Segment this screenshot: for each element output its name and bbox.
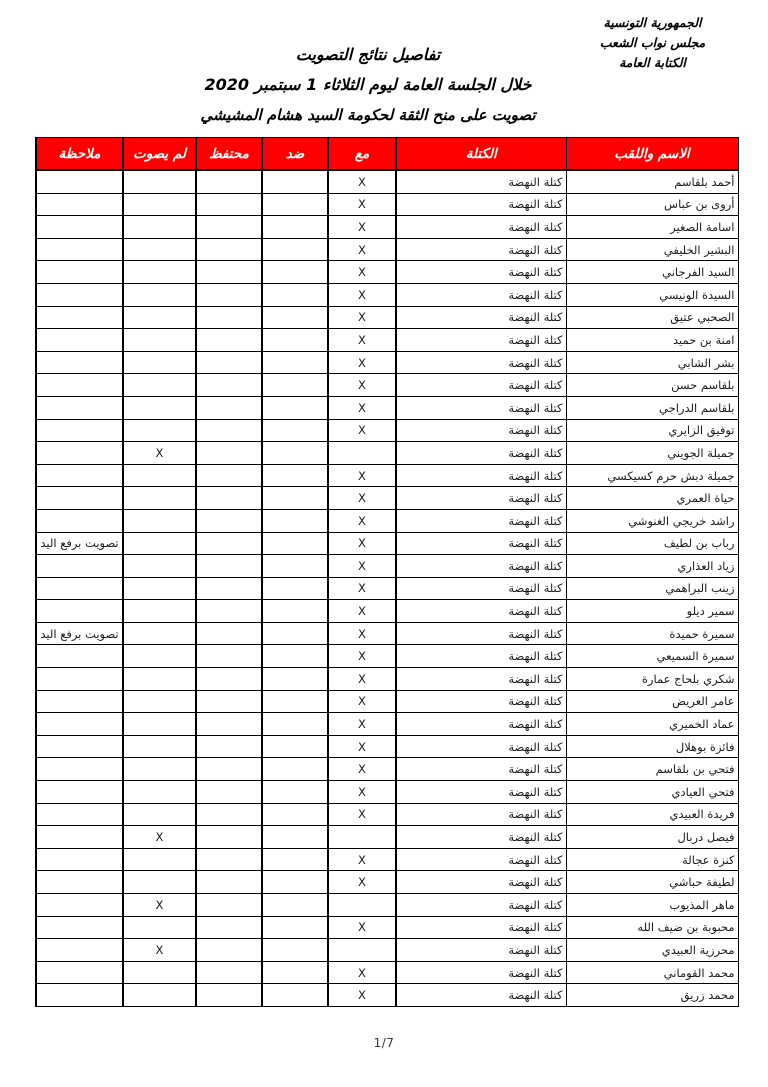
vote-abstain-cell — [196, 577, 262, 600]
vote-against-cell — [262, 758, 328, 781]
vote-no-vote-cell — [123, 577, 196, 600]
vote-no-vote-cell — [123, 170, 196, 193]
vote-against-cell — [262, 170, 328, 193]
member-name-cell: بلقاسم حسن — [566, 374, 738, 397]
note-cell — [36, 826, 123, 849]
vote-no-vote-cell — [123, 193, 196, 216]
vote-against-cell — [262, 555, 328, 578]
page-number: 1/7 — [0, 1036, 768, 1050]
vote-no-vote-cell: X — [123, 894, 196, 917]
vote-no-vote-cell — [123, 283, 196, 306]
vote-abstain-cell — [196, 781, 262, 804]
vote-abstain-cell — [196, 283, 262, 306]
note-cell — [36, 735, 123, 758]
table-row: عماد الخميريكتلة النهضةX — [36, 713, 738, 736]
vote-abstain-cell — [196, 193, 262, 216]
member-name-cell: السيد الفرجاني — [566, 261, 738, 284]
note-cell — [36, 419, 123, 442]
vote-against-cell — [262, 961, 328, 984]
vote-abstain-cell — [196, 600, 262, 623]
member-name-cell: سميرة حميدة — [566, 622, 738, 645]
table-row: فريدة العبيديكتلة النهضةX — [36, 803, 738, 826]
member-name-cell: الصحبي عتيق — [566, 306, 738, 329]
note-cell — [36, 487, 123, 510]
bloc-cell: كتلة النهضة — [396, 351, 566, 374]
vote-against-cell — [262, 464, 328, 487]
vote-for-cell: X — [328, 306, 396, 329]
vote-no-vote-cell — [123, 464, 196, 487]
vote-for-cell: X — [328, 283, 396, 306]
bloc-cell: كتلة النهضة — [396, 758, 566, 781]
vote-no-vote-cell: X — [123, 826, 196, 849]
vote-abstain-cell — [196, 170, 262, 193]
bloc-cell: كتلة النهضة — [396, 238, 566, 261]
note-cell — [36, 396, 123, 419]
vote-for-cell: X — [328, 848, 396, 871]
table-row: سميرة السميعيكتلة النهضةX — [36, 645, 738, 668]
note-cell — [36, 645, 123, 668]
vote-no-vote-cell — [123, 735, 196, 758]
vote-for-cell: X — [328, 871, 396, 894]
vote-against-cell — [262, 645, 328, 668]
note-cell — [36, 939, 123, 962]
member-name-cell: محبوبة بن ضيف الله — [566, 916, 738, 939]
bloc-cell: كتلة النهضة — [396, 984, 566, 1007]
member-name-cell: فيصل دربال — [566, 826, 738, 849]
vote-no-vote-cell — [123, 374, 196, 397]
member-name-cell: محمد زريق — [566, 984, 738, 1007]
note-cell: تصويت برفع اليد — [36, 622, 123, 645]
vote-for-cell: X — [328, 170, 396, 193]
vote-for-cell: X — [328, 238, 396, 261]
vote-abstain-cell — [196, 374, 262, 397]
bloc-cell: كتلة النهضة — [396, 668, 566, 691]
bloc-cell: كتلة النهضة — [396, 916, 566, 939]
vote-no-vote-cell — [123, 781, 196, 804]
vote-no-vote-cell — [123, 532, 196, 555]
vote-for-cell — [328, 826, 396, 849]
table-row: فتحي بن بلقاسمكتلة النهضةX — [36, 758, 738, 781]
vote-for-cell: X — [328, 645, 396, 668]
member-name-cell: فتحي بن بلقاسم — [566, 758, 738, 781]
vote-for-cell: X — [328, 216, 396, 239]
vote-no-vote-cell: X — [123, 939, 196, 962]
member-name-cell: كنزة عجالة — [566, 848, 738, 871]
table-row: توفيق الزايريكتلة النهضةX — [36, 419, 738, 442]
bloc-cell: كتلة النهضة — [396, 961, 566, 984]
bloc-cell: كتلة النهضة — [396, 848, 566, 871]
vote-against-cell — [262, 916, 328, 939]
bloc-cell: كتلة النهضة — [396, 781, 566, 804]
note-cell — [36, 916, 123, 939]
column-header-for: مع — [328, 138, 396, 171]
vote-for-cell: X — [328, 984, 396, 1007]
vote-for-cell: X — [328, 396, 396, 419]
bloc-cell: كتلة النهضة — [396, 170, 566, 193]
note-cell — [36, 600, 123, 623]
member-name-cell: البشير الخليفي — [566, 238, 738, 261]
member-name-cell: اسامة الصغير — [566, 216, 738, 239]
vote-against-cell — [262, 283, 328, 306]
voting-results-table-wrap: الاسم واللقب الكتلة مع ضد محتفظ لم يصوت … — [35, 137, 739, 1007]
vote-for-cell — [328, 442, 396, 465]
vote-for-cell: X — [328, 781, 396, 804]
vote-for-cell: X — [328, 261, 396, 284]
vote-against-cell — [262, 419, 328, 442]
document-title-block: تفاصيل نتائج التصويت خلال الجلسة العامة … — [128, 40, 608, 130]
note-cell — [36, 871, 123, 894]
table-row: محمد القومانيكتلة النهضةX — [36, 961, 738, 984]
table-row: لطيفة حباشيكتلة النهضةX — [36, 871, 738, 894]
vote-abstain-cell — [196, 396, 262, 419]
table-row: محمد زريقكتلة النهضةX — [36, 984, 738, 1007]
note-cell — [36, 758, 123, 781]
table-row: سمير ديلوكتلة النهضةX — [36, 600, 738, 623]
member-name-cell: زينب البراهمي — [566, 577, 738, 600]
vote-against-cell — [262, 374, 328, 397]
vote-no-vote-cell — [123, 396, 196, 419]
member-name-cell: ماهر المذيوب — [566, 894, 738, 917]
table-row: كنزة عجالةكتلة النهضةX — [36, 848, 738, 871]
note-cell — [36, 577, 123, 600]
note-cell — [36, 329, 123, 352]
note-cell — [36, 442, 123, 465]
vote-no-vote-cell — [123, 306, 196, 329]
table-row: الصحبي عتيقكتلة النهضةX — [36, 306, 738, 329]
vote-against-cell — [262, 216, 328, 239]
vote-abstain-cell — [196, 622, 262, 645]
note-cell — [36, 848, 123, 871]
vote-for-cell: X — [328, 374, 396, 397]
member-name-cell: رباب بن لطيف — [566, 532, 738, 555]
vote-for-cell: X — [328, 600, 396, 623]
vote-no-vote-cell — [123, 848, 196, 871]
vote-abstain-cell — [196, 238, 262, 261]
note-cell — [36, 984, 123, 1007]
vote-abstain-cell — [196, 894, 262, 917]
vote-abstain-cell — [196, 329, 262, 352]
member-name-cell: امنة بن حميد — [566, 329, 738, 352]
vote-no-vote-cell: X — [123, 442, 196, 465]
bloc-cell: كتلة النهضة — [396, 419, 566, 442]
vote-abstain-cell — [196, 487, 262, 510]
vote-no-vote-cell — [123, 487, 196, 510]
bloc-cell: كتلة النهضة — [396, 645, 566, 668]
vote-abstain-cell — [196, 216, 262, 239]
table-row: بلقاسم الدراجيكتلة النهضةX — [36, 396, 738, 419]
bloc-cell: كتلة النهضة — [396, 894, 566, 917]
vote-abstain-cell — [196, 509, 262, 532]
vote-for-cell: X — [328, 351, 396, 374]
vote-for-cell: X — [328, 329, 396, 352]
note-cell — [36, 464, 123, 487]
vote-no-vote-cell — [123, 216, 196, 239]
bloc-cell: كتلة النهضة — [396, 261, 566, 284]
vote-no-vote-cell — [123, 713, 196, 736]
vote-against-cell — [262, 238, 328, 261]
table-row: سميرة حميدةكتلة النهضةXتصويت برفع اليد — [36, 622, 738, 645]
vote-for-cell: X — [328, 464, 396, 487]
vote-against-cell — [262, 735, 328, 758]
vote-against-cell — [262, 306, 328, 329]
bloc-cell: كتلة النهضة — [396, 622, 566, 645]
vote-no-vote-cell — [123, 758, 196, 781]
table-row: جميلة الجوينيكتلة النهضةX — [36, 442, 738, 465]
member-name-cell: راشد خريجي الغنوشي — [566, 509, 738, 532]
member-name-cell: فائزة بوهلال — [566, 735, 738, 758]
vote-abstain-cell — [196, 690, 262, 713]
column-header-bloc: الكتلة — [396, 138, 566, 171]
table-row: بشر الشابيكتلة النهضةX — [36, 351, 738, 374]
vote-abstain-cell — [196, 555, 262, 578]
note-cell — [36, 894, 123, 917]
note-cell — [36, 509, 123, 532]
vote-abstain-cell — [196, 532, 262, 555]
member-name-cell: شكري بلحاج عمارة — [566, 668, 738, 691]
vote-abstain-cell — [196, 871, 262, 894]
vote-for-cell: X — [328, 577, 396, 600]
vote-no-vote-cell — [123, 984, 196, 1007]
member-name-cell: لطيفة حباشي — [566, 871, 738, 894]
member-name-cell: جميلة الجويني — [566, 442, 738, 465]
vote-against-cell — [262, 781, 328, 804]
table-row: أحمد بلقاسمكتلة النهضةX — [36, 170, 738, 193]
vote-for-cell: X — [328, 622, 396, 645]
vote-abstain-cell — [196, 961, 262, 984]
vote-abstain-cell — [196, 848, 262, 871]
vote-against-cell — [262, 622, 328, 645]
vote-abstain-cell — [196, 419, 262, 442]
vote-abstain-cell — [196, 826, 262, 849]
table-row: شكري بلحاج عمارةكتلة النهضةX — [36, 668, 738, 691]
vote-for-cell — [328, 939, 396, 962]
bloc-cell: كتلة النهضة — [396, 306, 566, 329]
vote-abstain-cell — [196, 984, 262, 1007]
column-header-note: ملاحظة — [36, 138, 123, 171]
vote-against-cell — [262, 532, 328, 555]
table-row: فتحي العياديكتلة النهضةX — [36, 781, 738, 804]
bloc-cell: كتلة النهضة — [396, 600, 566, 623]
column-header-abstain: محتفظ — [196, 138, 262, 171]
title-line-3: تصويت على منح الثقة لحكومة السيد هشام ال… — [128, 100, 608, 130]
table-row: اسامة الصغيركتلة النهضةX — [36, 216, 738, 239]
vote-no-vote-cell — [123, 622, 196, 645]
bloc-cell: كتلة النهضة — [396, 555, 566, 578]
vote-no-vote-cell — [123, 261, 196, 284]
bloc-cell: كتلة النهضة — [396, 509, 566, 532]
bloc-cell: كتلة النهضة — [396, 193, 566, 216]
vote-against-cell — [262, 577, 328, 600]
title-line-2: خلال الجلسة العامة ليوم الثلاثاء 1 سبتمب… — [128, 70, 608, 100]
vote-against-cell — [262, 803, 328, 826]
member-name-cell: عامر العريض — [566, 690, 738, 713]
table-row: راشد خريجي الغنوشيكتلة النهضةX — [36, 509, 738, 532]
vote-no-vote-cell — [123, 238, 196, 261]
vote-abstain-cell — [196, 645, 262, 668]
note-cell — [36, 690, 123, 713]
note-cell — [36, 803, 123, 826]
table-row: السيدة الونيسيكتلة النهضةX — [36, 283, 738, 306]
table-row: حياة العمريكتلة النهضةX — [36, 487, 738, 510]
member-name-cell: فريدة العبيدي — [566, 803, 738, 826]
vote-against-cell — [262, 848, 328, 871]
vote-no-vote-cell — [123, 871, 196, 894]
member-name-cell: محرزية العبيدي — [566, 939, 738, 962]
member-name-cell: بلقاسم الدراجي — [566, 396, 738, 419]
member-name-cell: جميلة دبش حرم كسيكسي — [566, 464, 738, 487]
note-cell — [36, 351, 123, 374]
vote-against-cell — [262, 826, 328, 849]
vote-for-cell: X — [328, 193, 396, 216]
vote-for-cell: X — [328, 532, 396, 555]
vote-for-cell: X — [328, 555, 396, 578]
table-header-row: الاسم واللقب الكتلة مع ضد محتفظ لم يصوت … — [36, 138, 738, 171]
vote-for-cell: X — [328, 713, 396, 736]
column-header-against: ضد — [262, 138, 328, 171]
note-cell — [36, 261, 123, 284]
table-row: فيصل دربالكتلة النهضةX — [36, 826, 738, 849]
bloc-cell: كتلة النهضة — [396, 713, 566, 736]
table-row: رباب بن لطيفكتلة النهضةXتصويت برفع اليد — [36, 532, 738, 555]
vote-abstain-cell — [196, 442, 262, 465]
bloc-cell: كتلة النهضة — [396, 577, 566, 600]
vote-no-vote-cell — [123, 555, 196, 578]
vote-against-cell — [262, 713, 328, 736]
vote-abstain-cell — [196, 464, 262, 487]
table-row: محبوبة بن ضيف اللهكتلة النهضةX — [36, 916, 738, 939]
vote-against-cell — [262, 668, 328, 691]
bloc-cell: كتلة النهضة — [396, 690, 566, 713]
member-name-cell: محمد القوماني — [566, 961, 738, 984]
vote-no-vote-cell — [123, 916, 196, 939]
note-cell — [36, 961, 123, 984]
vote-against-cell — [262, 690, 328, 713]
vote-against-cell — [262, 600, 328, 623]
member-name-cell: فتحي العيادي — [566, 781, 738, 804]
bloc-cell: كتلة النهضة — [396, 803, 566, 826]
note-cell — [36, 781, 123, 804]
note-cell — [36, 238, 123, 261]
vote-abstain-cell — [196, 803, 262, 826]
note-cell: تصويت برفع اليد — [36, 532, 123, 555]
member-name-cell: بشر الشابي — [566, 351, 738, 374]
member-name-cell: أروى بن عباس — [566, 193, 738, 216]
vote-for-cell: X — [328, 961, 396, 984]
vote-no-vote-cell — [123, 329, 196, 352]
member-name-cell: سميرة السميعي — [566, 645, 738, 668]
vote-against-cell — [262, 984, 328, 1007]
bloc-cell: كتلة النهضة — [396, 442, 566, 465]
vote-abstain-cell — [196, 668, 262, 691]
vote-abstain-cell — [196, 939, 262, 962]
vote-abstain-cell — [196, 261, 262, 284]
vote-for-cell: X — [328, 690, 396, 713]
letterhead-line-republic: الجمهورية التونسية — [545, 13, 760, 33]
vote-no-vote-cell — [123, 690, 196, 713]
vote-for-cell: X — [328, 735, 396, 758]
note-cell — [36, 374, 123, 397]
title-line-1: تفاصيل نتائج التصويت — [128, 40, 608, 70]
note-cell — [36, 306, 123, 329]
member-name-cell: زياد العذاري — [566, 555, 738, 578]
note-cell — [36, 193, 123, 216]
vote-no-vote-cell — [123, 668, 196, 691]
bloc-cell: كتلة النهضة — [396, 826, 566, 849]
vote-no-vote-cell — [123, 803, 196, 826]
vote-no-vote-cell — [123, 600, 196, 623]
table-row: أروى بن عباسكتلة النهضةX — [36, 193, 738, 216]
vote-against-cell — [262, 487, 328, 510]
table-row: السيد الفرجانيكتلة النهضةX — [36, 261, 738, 284]
table-row: زينب البراهميكتلة النهضةX — [36, 577, 738, 600]
vote-abstain-cell — [196, 916, 262, 939]
vote-no-vote-cell — [123, 419, 196, 442]
table-row: بلقاسم حسنكتلة النهضةX — [36, 374, 738, 397]
note-cell — [36, 170, 123, 193]
note-cell — [36, 216, 123, 239]
member-name-cell: أحمد بلقاسم — [566, 170, 738, 193]
bloc-cell: كتلة النهضة — [396, 464, 566, 487]
member-name-cell: سمير ديلو — [566, 600, 738, 623]
table-row: جميلة دبش حرم كسيكسيكتلة النهضةX — [36, 464, 738, 487]
note-cell — [36, 283, 123, 306]
bloc-cell: كتلة النهضة — [396, 283, 566, 306]
note-cell — [36, 668, 123, 691]
voting-results-table: الاسم واللقب الكتلة مع ضد محتفظ لم يصوت … — [35, 137, 739, 1007]
vote-for-cell: X — [328, 509, 396, 532]
member-name-cell: السيدة الونيسي — [566, 283, 738, 306]
vote-for-cell: X — [328, 803, 396, 826]
vote-against-cell — [262, 351, 328, 374]
bloc-cell: كتلة النهضة — [396, 871, 566, 894]
vote-for-cell — [328, 894, 396, 917]
vote-against-cell — [262, 396, 328, 419]
vote-for-cell: X — [328, 419, 396, 442]
vote-against-cell — [262, 261, 328, 284]
bloc-cell: كتلة النهضة — [396, 396, 566, 419]
vote-against-cell — [262, 939, 328, 962]
table-row: عامر العريضكتلة النهضةX — [36, 690, 738, 713]
bloc-cell: كتلة النهضة — [396, 735, 566, 758]
table-row: ماهر المذيوبكتلة النهضةX — [36, 894, 738, 917]
vote-abstain-cell — [196, 735, 262, 758]
note-cell — [36, 713, 123, 736]
vote-against-cell — [262, 894, 328, 917]
vote-no-vote-cell — [123, 509, 196, 532]
table-row: البشير الخليفيكتلة النهضةX — [36, 238, 738, 261]
vote-against-cell — [262, 442, 328, 465]
vote-for-cell: X — [328, 916, 396, 939]
member-name-cell: توفيق الزايري — [566, 419, 738, 442]
bloc-cell: كتلة النهضة — [396, 487, 566, 510]
column-header-no-vote: لم يصوت — [123, 138, 196, 171]
table-row: محرزية العبيديكتلة النهضةX — [36, 939, 738, 962]
table-row: زياد العذاريكتلة النهضةX — [36, 555, 738, 578]
table-row: فائزة بوهلالكتلة النهضةX — [36, 735, 738, 758]
voting-table-body: أحمد بلقاسمكتلة النهضةXأروى بن عباسكتلة … — [36, 170, 738, 1006]
bloc-cell: كتلة النهضة — [396, 329, 566, 352]
vote-for-cell: X — [328, 487, 396, 510]
vote-abstain-cell — [196, 713, 262, 736]
note-cell — [36, 555, 123, 578]
vote-no-vote-cell — [123, 351, 196, 374]
vote-abstain-cell — [196, 351, 262, 374]
bloc-cell: كتلة النهضة — [396, 374, 566, 397]
bloc-cell: كتلة النهضة — [396, 532, 566, 555]
document-page: الجمهورية التونسية مجلس نواب الشعب الكتا… — [0, 0, 768, 1087]
table-row: امنة بن حميدكتلة النهضةX — [36, 329, 738, 352]
vote-for-cell: X — [328, 758, 396, 781]
